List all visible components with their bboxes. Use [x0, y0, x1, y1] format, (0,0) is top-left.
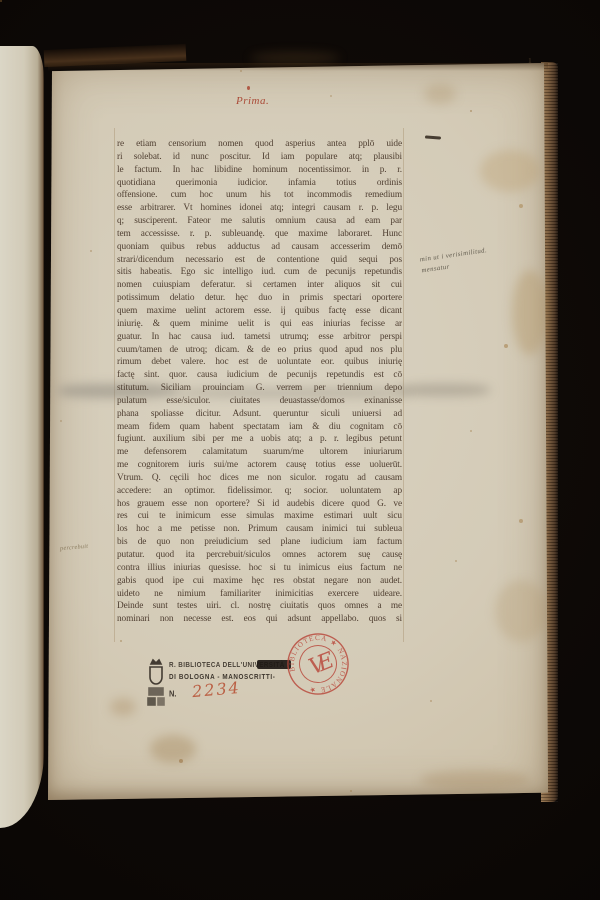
stain	[495, 580, 547, 642]
manuscript-line: Vtrum. Q. cęcili hoc dices me non siculo…	[117, 472, 402, 485]
ruling-line-right	[403, 128, 404, 642]
manuscript-line: pulatum esse/siculor. ciuitates deuastas…	[117, 395, 402, 408]
manuscript-line: cuum/tamen de utroq; dicam. & de eo priu…	[117, 344, 402, 357]
manuscript-line: putatur. quod ita percrebuit/siculos omn…	[117, 549, 402, 562]
manuscript-line: fugiunt. auxilium sibi per me a uobis at…	[117, 433, 402, 446]
manuscript-line: potissimum delatio detur. hęc duo in pri…	[117, 292, 402, 305]
rubric-heading: Prima.	[236, 95, 269, 107]
manuscript-line: nomen cuiuspiam deferatur. si certamen i…	[117, 279, 402, 292]
manuscript-line: los hoc a me petisse non. Primum causam …	[117, 523, 402, 536]
manuscript-line: gabis quod ipe cui maxime hęc res obstat…	[117, 575, 402, 588]
library-stamp-number-label: N.	[169, 688, 177, 698]
manuscript-line: le factum. In hac libidine hominum nocen…	[117, 164, 402, 177]
manuscript-line: contra illius iniurias quesisse. hoc si …	[117, 562, 402, 575]
manuscript-line: ri solebat. id nunc poscitur. Id iam pop…	[117, 151, 402, 164]
manuscript-line: stitutum. Siciliam prouinciam G. verrem …	[117, 382, 402, 395]
manuscript-line: phana spoliasse dicitur. Adsunt. querunt…	[117, 408, 402, 421]
stain	[150, 735, 196, 763]
stain	[424, 84, 456, 104]
manuscript-line: uideto ne nimium familiariter inimicitia…	[117, 588, 402, 601]
manuscript-line: rimum debet valere. hoc est de uoluntate…	[117, 356, 402, 369]
stain	[420, 770, 530, 790]
coat-of-arms-icon	[145, 658, 167, 706]
manuscript-line: re etiam censorium nomen quod asperius a…	[117, 138, 402, 151]
manuscript-text-block: re etiam censorium nomen quod asperius a…	[117, 138, 402, 626]
manuscript-line: hos grauem esse non oportere? Si id aude…	[117, 498, 402, 511]
manuscript-line: offensione. cum hoc unum his tot incommo…	[117, 189, 402, 202]
manuscript-photo: Prima. 1 re etiam censorium nomen quod a…	[0, 0, 600, 900]
manuscript-line: quotidiana querimonia iudicior. infamia …	[117, 177, 402, 190]
stain	[250, 52, 340, 64]
manuscript-line: me cognitorem iuris sui/me actorem causę…	[117, 459, 402, 472]
manuscript-line: sitis habeatis. Ego sic intelligo iud. c…	[117, 266, 402, 279]
manuscript-line: nominari non necesse est. eos qui adsunt…	[117, 613, 402, 626]
manuscript-line: meam fidem quam habent spectatam iam & d…	[117, 421, 402, 434]
manuscript-line: quem maxime uelint actorem esse. ij quib…	[117, 305, 402, 318]
smudge-band	[398, 384, 490, 396]
stain	[110, 698, 136, 716]
manuscript-line: strari/dicendum necessario est de conten…	[117, 254, 402, 267]
leaf-top-shadow	[48, 63, 548, 71]
manuscript-line: quoniam quibus rebus adductus ad causam …	[117, 241, 402, 254]
foxing-specks	[0, 0, 2, 2]
manuscript-line: Deinde sunt testes uiri. cl. nostrę ciui…	[117, 600, 402, 613]
folio-number: 1	[528, 56, 532, 65]
manuscript-line: accedere: an optimor. fidelissimor. q; s…	[117, 485, 402, 498]
manuscript-line: q; susciperent. Fateor me salutis omnium…	[117, 215, 402, 228]
rubric-dot	[247, 86, 250, 90]
manuscript-line: bis de quo non preiudicium sed plane iud…	[117, 536, 402, 549]
manuscript-line: res cui te inimicum esse simulas maxime …	[117, 510, 402, 523]
stain	[480, 150, 540, 192]
manuscript-line: guatur. In hac causa iud. tametsi utrumq…	[117, 331, 402, 344]
flyleaf-edge	[0, 46, 44, 828]
manuscript-line: iniurię. & quem minime uelit is qui eas …	[117, 318, 402, 331]
stain	[512, 270, 548, 355]
manuscript-line: esse arbitrarer. Vt homines idonei atq; …	[117, 202, 402, 215]
manuscript-line: factę sint. quor. causa iudicium de pecu…	[117, 369, 402, 382]
manuscript-line: tem accessisse. r. p. subleuandę. que ma…	[117, 228, 402, 241]
manuscript-line: me defensorem calamitatum suarum/me ulto…	[117, 446, 402, 459]
